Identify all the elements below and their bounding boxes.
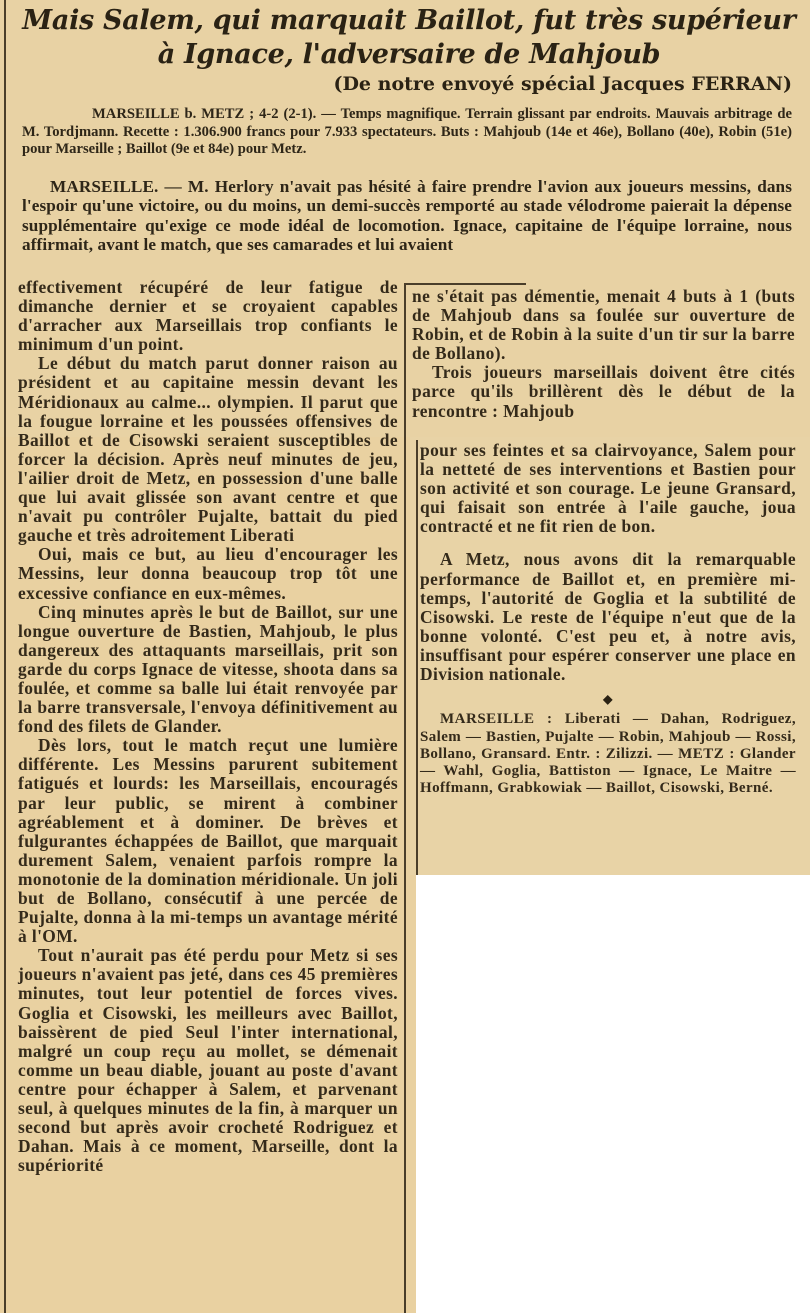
column-top-rule [406,283,526,285]
right-paragraph: pour ses feintes et sa clairvoyance, Sal… [420,441,796,536]
article-byline: (De notre envoyé spécial Jacques FERRAN) [333,73,792,95]
article-headline: Mais Salem, qui marquait Baillot, fut tr… [14,4,804,72]
left-column: effectivement récupéré de leur fatigue d… [18,278,398,1175]
left-paragraph: Cinq minutes après le but de Baillot, su… [18,603,398,737]
left-paragraph: Tout n'aurait pas été perdu pour Metz si… [18,946,398,1175]
right-paragraph: ne s'était pas démentie, menait 4 buts à… [412,287,795,363]
right-paragraph: Trois joueurs marseillais doivent être c… [412,363,795,420]
metz-label: METZ : [678,746,735,762]
column-rule [404,283,406,1313]
column-rule-lower [416,440,418,875]
right-column-top: ne s'était pas démentie, menait 4 buts à… [412,287,795,421]
team-lineups: MARSEILLE : Liberati — Dahan, Rodriguez,… [420,711,796,797]
marseille-label: MARSEILLE : [440,711,552,727]
right-column-bottom: pour ses feintes et sa clairvoyance, Sal… [420,441,796,798]
match-summary: MARSEILLE b. METZ ; 4-2 (2-1). — Temps m… [22,106,792,159]
left-paragraph: Le début du match parut donner raison au… [18,354,398,545]
page-left-rule [4,0,6,1313]
diamond-separator-icon: ◆ [420,690,796,709]
article-lead-paragraph: MARSEILLE. — M. Herlory n'avait pas hési… [22,177,792,254]
right-paragraph: A Metz, nous avons dit la remarquable pe… [420,550,796,684]
left-paragraph: Dès lors, tout le match reçut une lumièr… [18,736,398,946]
left-paragraph: Oui, mais ce but, au lieu d'encourager l… [18,545,398,602]
left-paragraph: effectivement récupéré de leur fatigue d… [18,278,398,354]
